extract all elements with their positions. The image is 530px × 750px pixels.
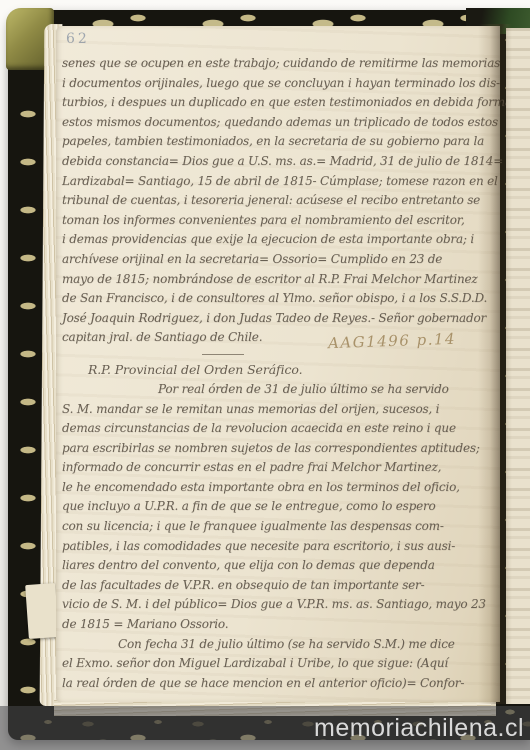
manuscript-line: toman los informes convenientes para el …	[62, 211, 490, 231]
manuscript-line: la real órden de que se hace mencion en …	[62, 674, 490, 694]
manuscript-line: papeles, tambien testimoniados, en la se…	[62, 132, 490, 152]
paragraph-3: Con fecha 31 de julio último (se ha serv…	[62, 635, 490, 694]
watermark-text: memoriachilena.cl	[314, 714, 524, 743]
paper-tab	[25, 583, 59, 639]
manuscript-line: informado de concurrir estas en el padre…	[62, 458, 490, 478]
manuscript-line: el Exmo. señor don Miguel Lardizabal i U…	[62, 654, 490, 674]
paragraph-1: senes que se ocupen en este trabajo; cui…	[62, 54, 490, 348]
manuscript-line: José Joaquin Rodriguez, i don Judas Tade…	[62, 309, 490, 329]
manuscript-line: mayo de 1815; nombrándose de escritor al…	[62, 270, 490, 290]
divider-dash	[202, 354, 244, 355]
manuscript-page: 62 senes que se ocupen en este trabajo; …	[56, 26, 500, 702]
photo-background: 62 senes que se ocupen en este trabajo; …	[0, 0, 530, 750]
manuscript-line: i demas providencias que exije la ejecuc…	[62, 230, 490, 250]
book-gutter	[478, 24, 512, 704]
manuscript-line: S. M. mandar se le remitan unas memorias…	[62, 400, 490, 420]
manuscript-line: le he encomendado esta importante obra e…	[62, 478, 490, 498]
manuscript-line: patibles, i las comodidades que necesite…	[62, 537, 490, 557]
manuscript-line: demas circunstancias de la revolucion ac…	[62, 419, 490, 439]
manuscript-line: archívese orijinal en la secretaria= Oss…	[62, 250, 490, 270]
manuscript-line: turbios, i despues un duplicado en que e…	[62, 93, 490, 113]
manuscript-line: debida constancia= Dios gue a U.S. ms. a…	[62, 152, 490, 172]
manuscript-line: senes que se ocupen en este trabajo; cui…	[62, 54, 490, 74]
manuscript-line: que incluyo a U.P.R. a fin de que se le …	[62, 497, 490, 517]
manuscript-line: de las facultades de V.P.R. en obsequio …	[62, 576, 490, 596]
manuscript-line: con su licencia; i que le franquee igual…	[62, 517, 490, 537]
manuscript-line: de San Francisco, i de consultores al Yl…	[62, 289, 490, 309]
manuscript-line: tribunal de cuentas, i tesoreria jeneral…	[62, 191, 490, 211]
section-divider	[62, 348, 490, 360]
manuscript-line: Por real órden de 31 de julio último se …	[62, 380, 490, 400]
manuscript-line: de 1815 = Mariano Ossorio.	[62, 615, 490, 635]
manuscript-line: Lardizabal= Santiago, 15 de abril de 181…	[62, 172, 490, 192]
manuscript-text: senes que se ocupen en este trabajo; cui…	[62, 54, 490, 693]
manuscript-line: estos mismos documentos; quedando ademas…	[62, 113, 490, 133]
manuscript-line: para escribirlas se nombren sujetos de l…	[62, 439, 490, 459]
manuscript-line: liares dentro del convento, que elija co…	[62, 556, 490, 576]
watermark-band: memoriachilena.cl	[0, 706, 530, 750]
manuscript-line: vicio de S. M. i del público= Dios gue a…	[62, 595, 490, 615]
manuscript-line: Con fecha 31 de julio último (se ha serv…	[62, 635, 490, 655]
section-heading: R.P. Provincial del Orden Seráfico.	[88, 360, 490, 380]
paragraph-2: Por real órden de 31 de julio último se …	[62, 380, 490, 635]
page-number: 62	[66, 31, 90, 47]
manuscript-line: i documentos orijinales, luego que se co…	[62, 74, 490, 94]
